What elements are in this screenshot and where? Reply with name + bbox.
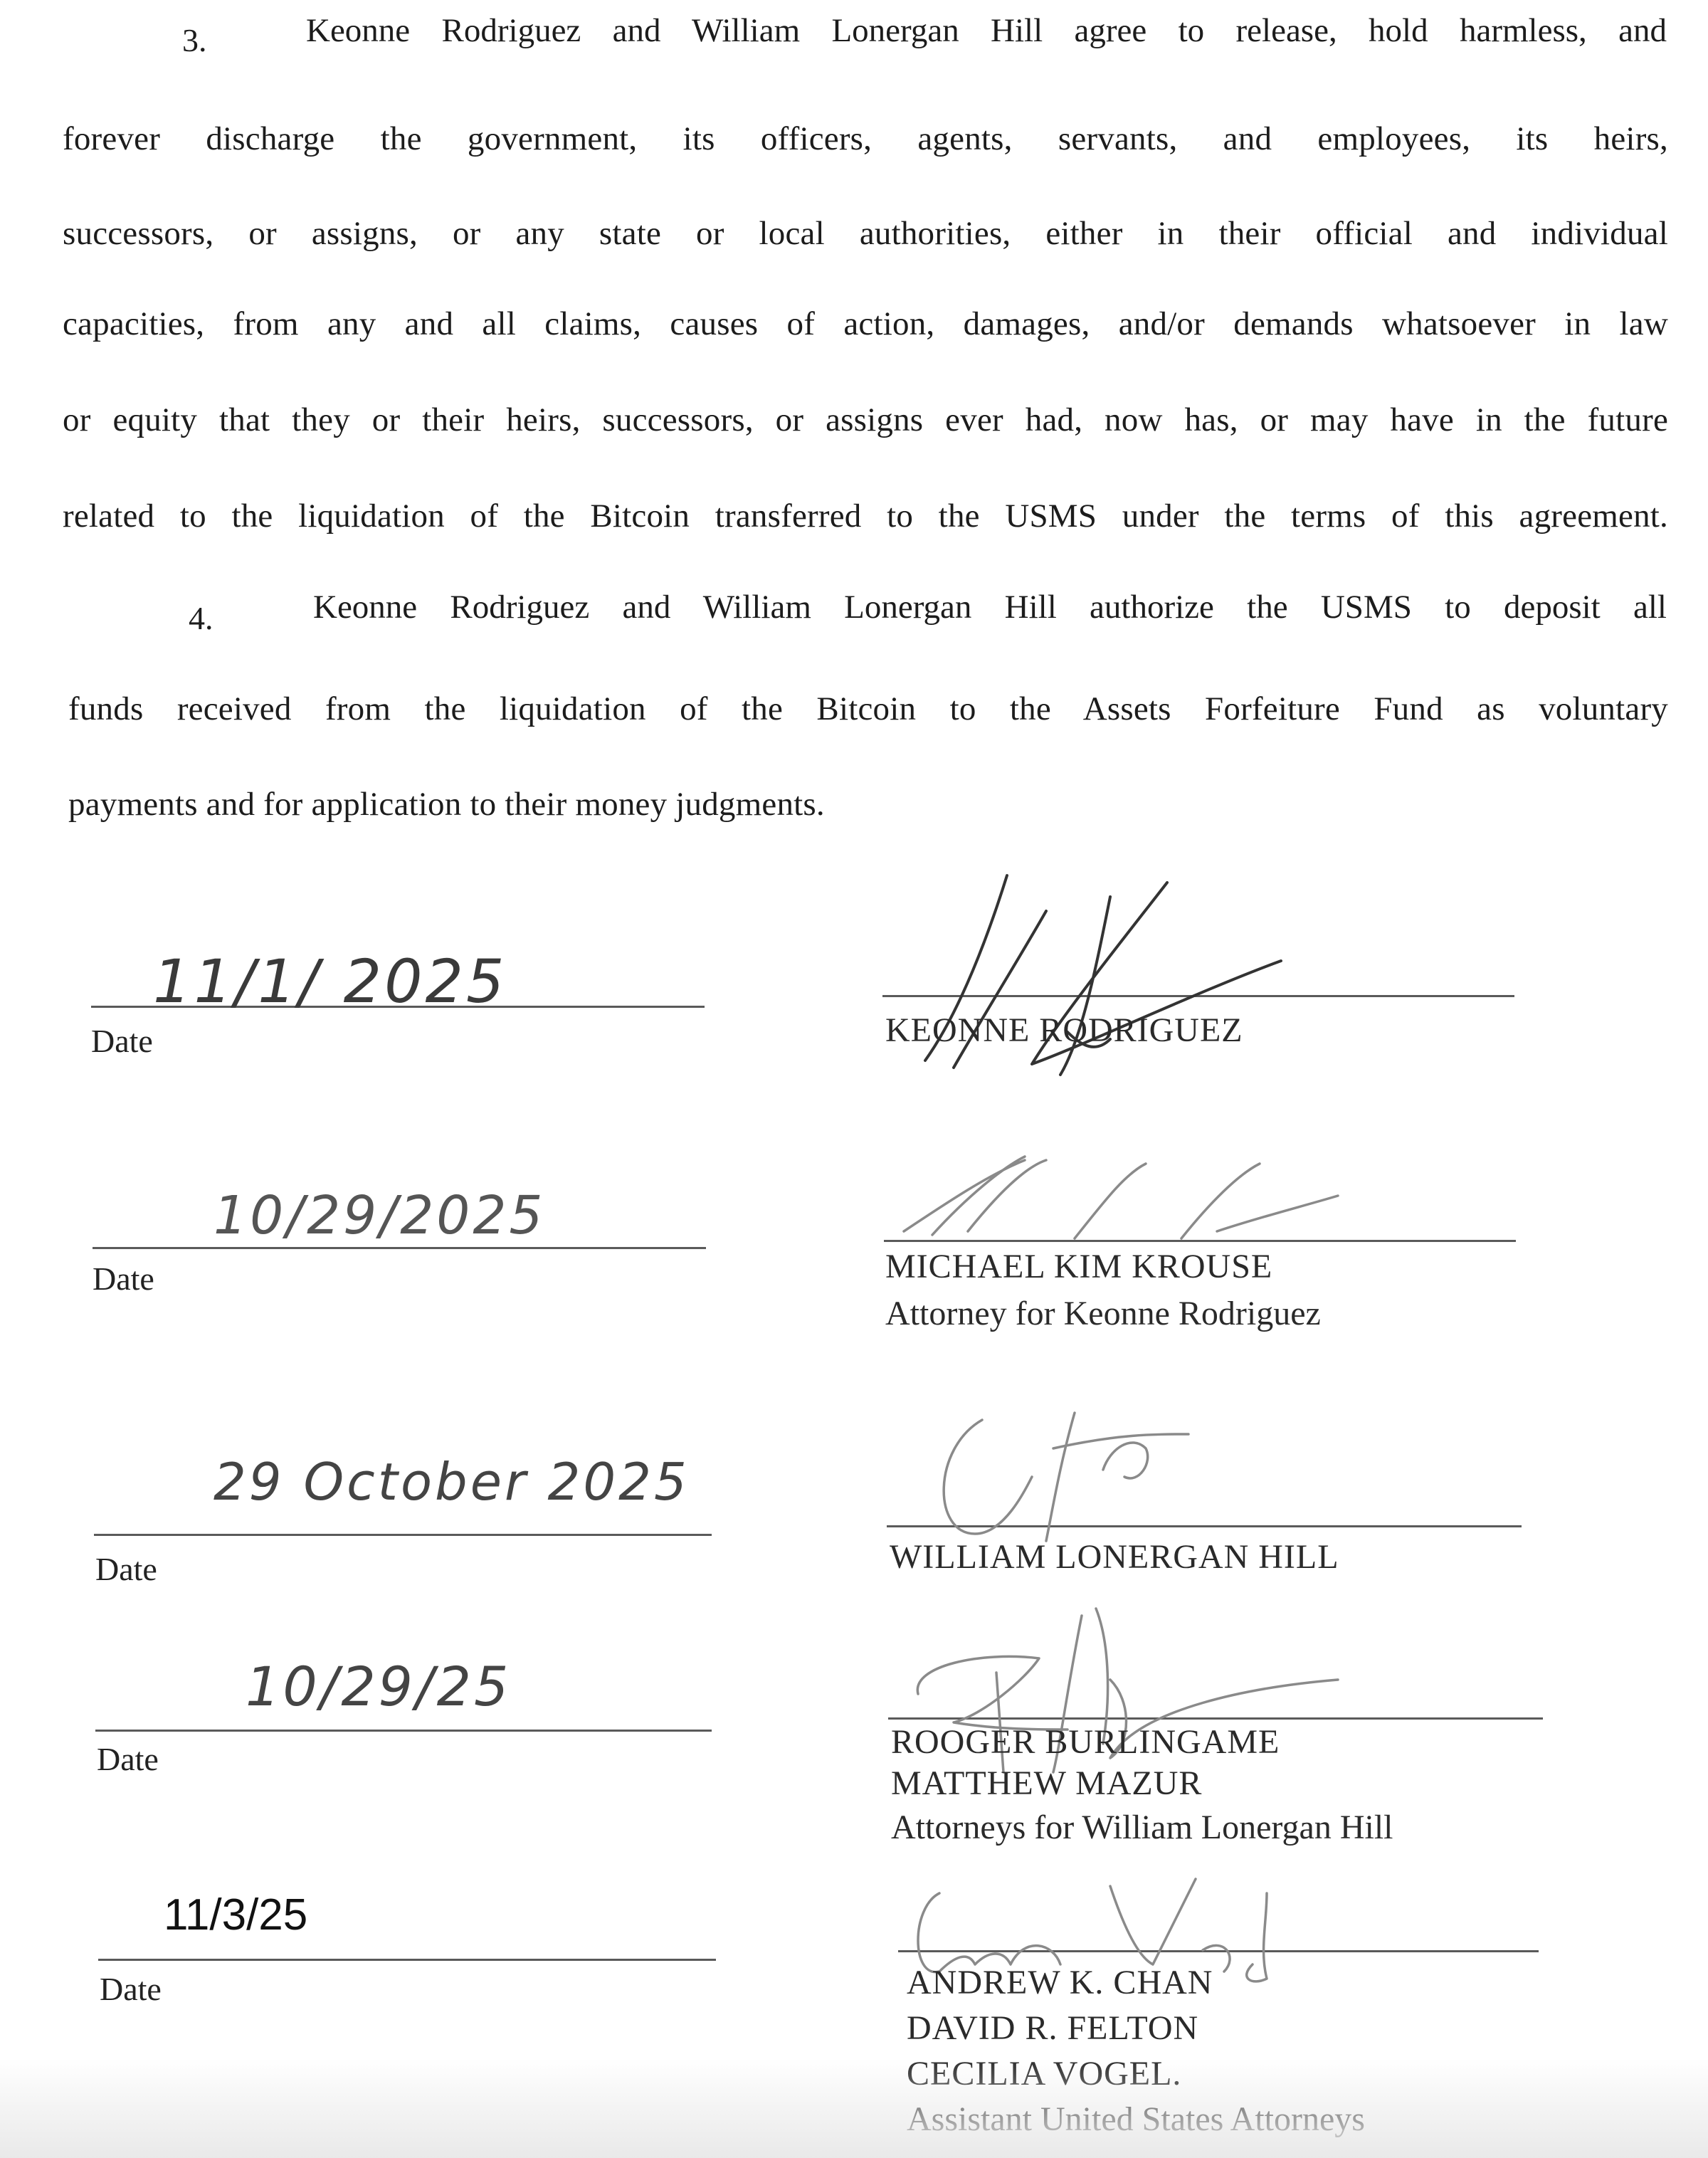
handwritten-date: 29 October 2025 bbox=[213, 1452, 690, 1512]
paragraph-number: 3. bbox=[182, 21, 207, 59]
signer-name: ANDREW K. CHAN bbox=[907, 1963, 1213, 2002]
paragraph-line: payments and for application to their mo… bbox=[68, 783, 1674, 826]
date-line bbox=[98, 1959, 716, 1961]
signer-name: ROOGER BURLINGAME bbox=[891, 1722, 1280, 1762]
signer-name: MATTHEW MAZUR bbox=[891, 1764, 1202, 1803]
signer-role: Assistant United States Attorneys bbox=[907, 2100, 1365, 2139]
paragraph-line: or equity that they or their heirs, succ… bbox=[63, 399, 1668, 441]
date-line bbox=[94, 1534, 712, 1536]
date-line bbox=[95, 1730, 712, 1732]
paragraph-line: capacities, from any and all claims, cau… bbox=[63, 302, 1668, 345]
paragraph-number: 4. bbox=[189, 599, 213, 637]
paragraph-line: funds received from the liquidation of t… bbox=[68, 688, 1668, 730]
signer-name: DAVID R. FELTON bbox=[907, 2009, 1198, 2048]
date-label: Date bbox=[91, 1022, 153, 1060]
signature-keonne-rodriguez bbox=[882, 868, 1381, 1082]
signer-name: WILLIAM LONERGAN HILL bbox=[890, 1537, 1339, 1577]
signer-name: KEONNE RODRIGUEZ bbox=[885, 1011, 1243, 1050]
date-line bbox=[93, 1247, 706, 1249]
paragraph-first-line: Keonne Rodriguez and William Lonergan Hi… bbox=[306, 11, 1667, 50]
paragraph-line: forever discharge the government, its of… bbox=[63, 117, 1668, 160]
signer-role: Attorney for Keonne Rodriguez bbox=[885, 1294, 1321, 1333]
signature-michael-kim-krouse bbox=[890, 1146, 1388, 1246]
date-label: Date bbox=[97, 1740, 159, 1778]
date-label: Date bbox=[95, 1550, 157, 1588]
paragraph-line: successors, or assigns, or any state or … bbox=[63, 212, 1668, 255]
signer-name: MICHAEL KIM KROUSE bbox=[885, 1247, 1272, 1286]
typed-date: 11/3/25 bbox=[164, 1890, 307, 1940]
date-label: Date bbox=[93, 1260, 154, 1298]
paragraph-first-line: Keonne Rodriguez and William Lonergan Hi… bbox=[313, 588, 1667, 626]
signer-name: CECILIA VOGEL. bbox=[907, 2054, 1181, 2093]
signer-role: Attorneys for William Lonergan Hill bbox=[891, 1808, 1393, 1847]
handwritten-date: 11/1/ 2025 bbox=[153, 947, 507, 1016]
page-bottom-shadow bbox=[0, 2058, 1708, 2158]
date-label: Date bbox=[100, 1970, 162, 2008]
handwritten-date: 10/29/25 bbox=[246, 1655, 511, 1718]
signature-william-lonergan-hill bbox=[890, 1406, 1317, 1548]
handwritten-date: 10/29/2025 bbox=[213, 1185, 546, 1246]
paragraph-line: related to the liquidation of the Bitcoi… bbox=[63, 495, 1668, 537]
